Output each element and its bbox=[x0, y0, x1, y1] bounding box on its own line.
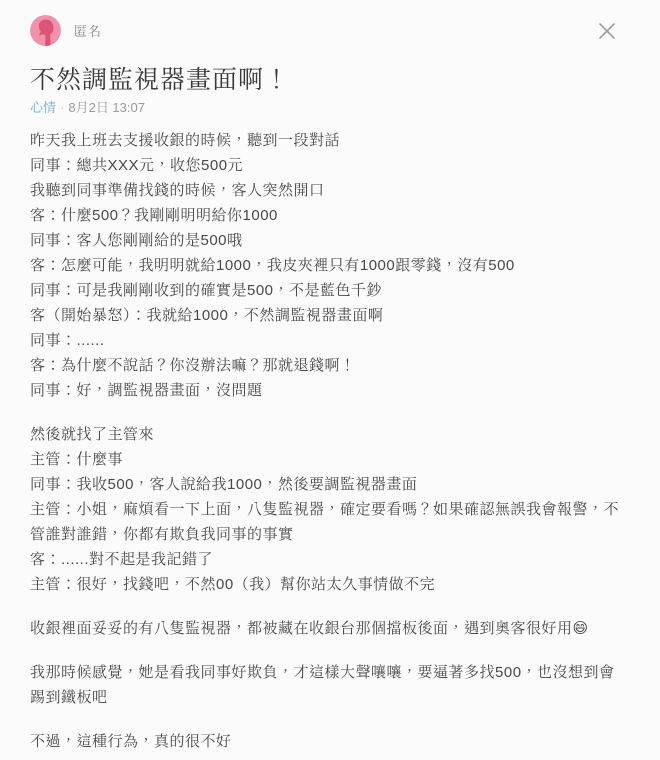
post-line: 主管：小姐，麻煩看一下上面，八隻監視器，確定要看嗎？如果確認無誤我會報警，不管誰… bbox=[30, 497, 630, 547]
anonymous-avatar-icon bbox=[30, 15, 61, 46]
post-meta: 心情·8月2日 13:07 bbox=[30, 99, 630, 117]
post-line: 客：為什麼不說話？你沒辦法嘛？那就退錢啊！ bbox=[30, 353, 630, 378]
post-line: 同事：我收500，客人說給我1000，然後要調監視器畫面 bbox=[30, 472, 630, 497]
post-line: 同事：總共XXX元，收您500元 bbox=[30, 153, 630, 178]
post-line: 我那時候感覺，她是看我同事好欺負，才這樣大聲嚷嚷，要逼著多找500，也沒想到會踢… bbox=[30, 660, 630, 710]
close-icon bbox=[596, 20, 618, 42]
post-body: 昨天我上班去支援收銀的時候，聽到一段對話同事：總共XXX元，收您500元我聽到同… bbox=[30, 128, 630, 754]
post-line: 不過，這種行為，真的很不好 bbox=[30, 729, 630, 754]
post-line: 主管：很好，找錢吧，不然00（我）幫你站太久事情做不完 bbox=[30, 572, 630, 597]
post-line: 客：......對不起是我記錯了 bbox=[30, 547, 630, 572]
author-row: 匿名 bbox=[30, 15, 630, 46]
close-button[interactable] bbox=[596, 20, 618, 42]
author-name: 匿名 bbox=[74, 21, 102, 40]
post-date: 8月2日 13:07 bbox=[68, 100, 145, 115]
post-paragraph: 收銀裡面妥妥的有八隻監視器，都被藏在收銀台那個擋板後面，遇到奧客很好用😄 bbox=[30, 616, 630, 641]
post-paragraph: 然後就找了主管來主管：什麼事同事：我收500，客人說給我1000，然後要調監視器… bbox=[30, 422, 630, 597]
post-line: 主管：什麼事 bbox=[30, 447, 630, 472]
post-line: 昨天我上班去支援收銀的時候，聽到一段對話 bbox=[30, 128, 630, 153]
post-title: 不然調監視器畫面啊！ bbox=[30, 63, 630, 97]
post-line: 然後就找了主管來 bbox=[30, 422, 630, 447]
post-line: 我聽到同事準備找錢的時候，客人突然開口 bbox=[30, 178, 630, 203]
post-line: 收銀裡面妥妥的有八隻監視器，都被藏在收銀台那個擋板後面，遇到奧客很好用😄 bbox=[30, 616, 630, 641]
post-line: 客（開始暴怒）：我就給1000，不然調監視器畫面啊 bbox=[30, 303, 630, 328]
meta-separator: · bbox=[60, 100, 64, 115]
post-page: 匿名 不然調監視器畫面啊！ 心情·8月2日 13:07 昨天我上班去支援收銀的時… bbox=[0, 0, 660, 760]
post-paragraph: 不過，這種行為，真的很不好 bbox=[30, 729, 630, 754]
post-category[interactable]: 心情 bbox=[30, 100, 56, 115]
post-paragraph: 我那時候感覺，她是看我同事好欺負，才這樣大聲嚷嚷，要逼著多找500，也沒想到會踢… bbox=[30, 660, 630, 710]
post-line: 同事：好，調監視器畫面，沒問題 bbox=[30, 378, 630, 403]
post-paragraph: 昨天我上班去支援收銀的時候，聽到一段對話同事：總共XXX元，收您500元我聽到同… bbox=[30, 128, 630, 403]
post-line: 同事：...... bbox=[30, 328, 630, 353]
post-line: 同事：客人您剛剛給的是500哦 bbox=[30, 228, 630, 253]
post-line: 客：怎麼可能，我明明就給1000，我皮夾裡只有1000跟零錢，沒有500 bbox=[30, 253, 630, 278]
post-line: 同事：可是我剛剛收到的確實是500，不是藍色千鈔 bbox=[30, 278, 630, 303]
post-line: 客：什麼500？我剛剛明明給你1000 bbox=[30, 203, 630, 228]
avatar bbox=[30, 15, 61, 46]
